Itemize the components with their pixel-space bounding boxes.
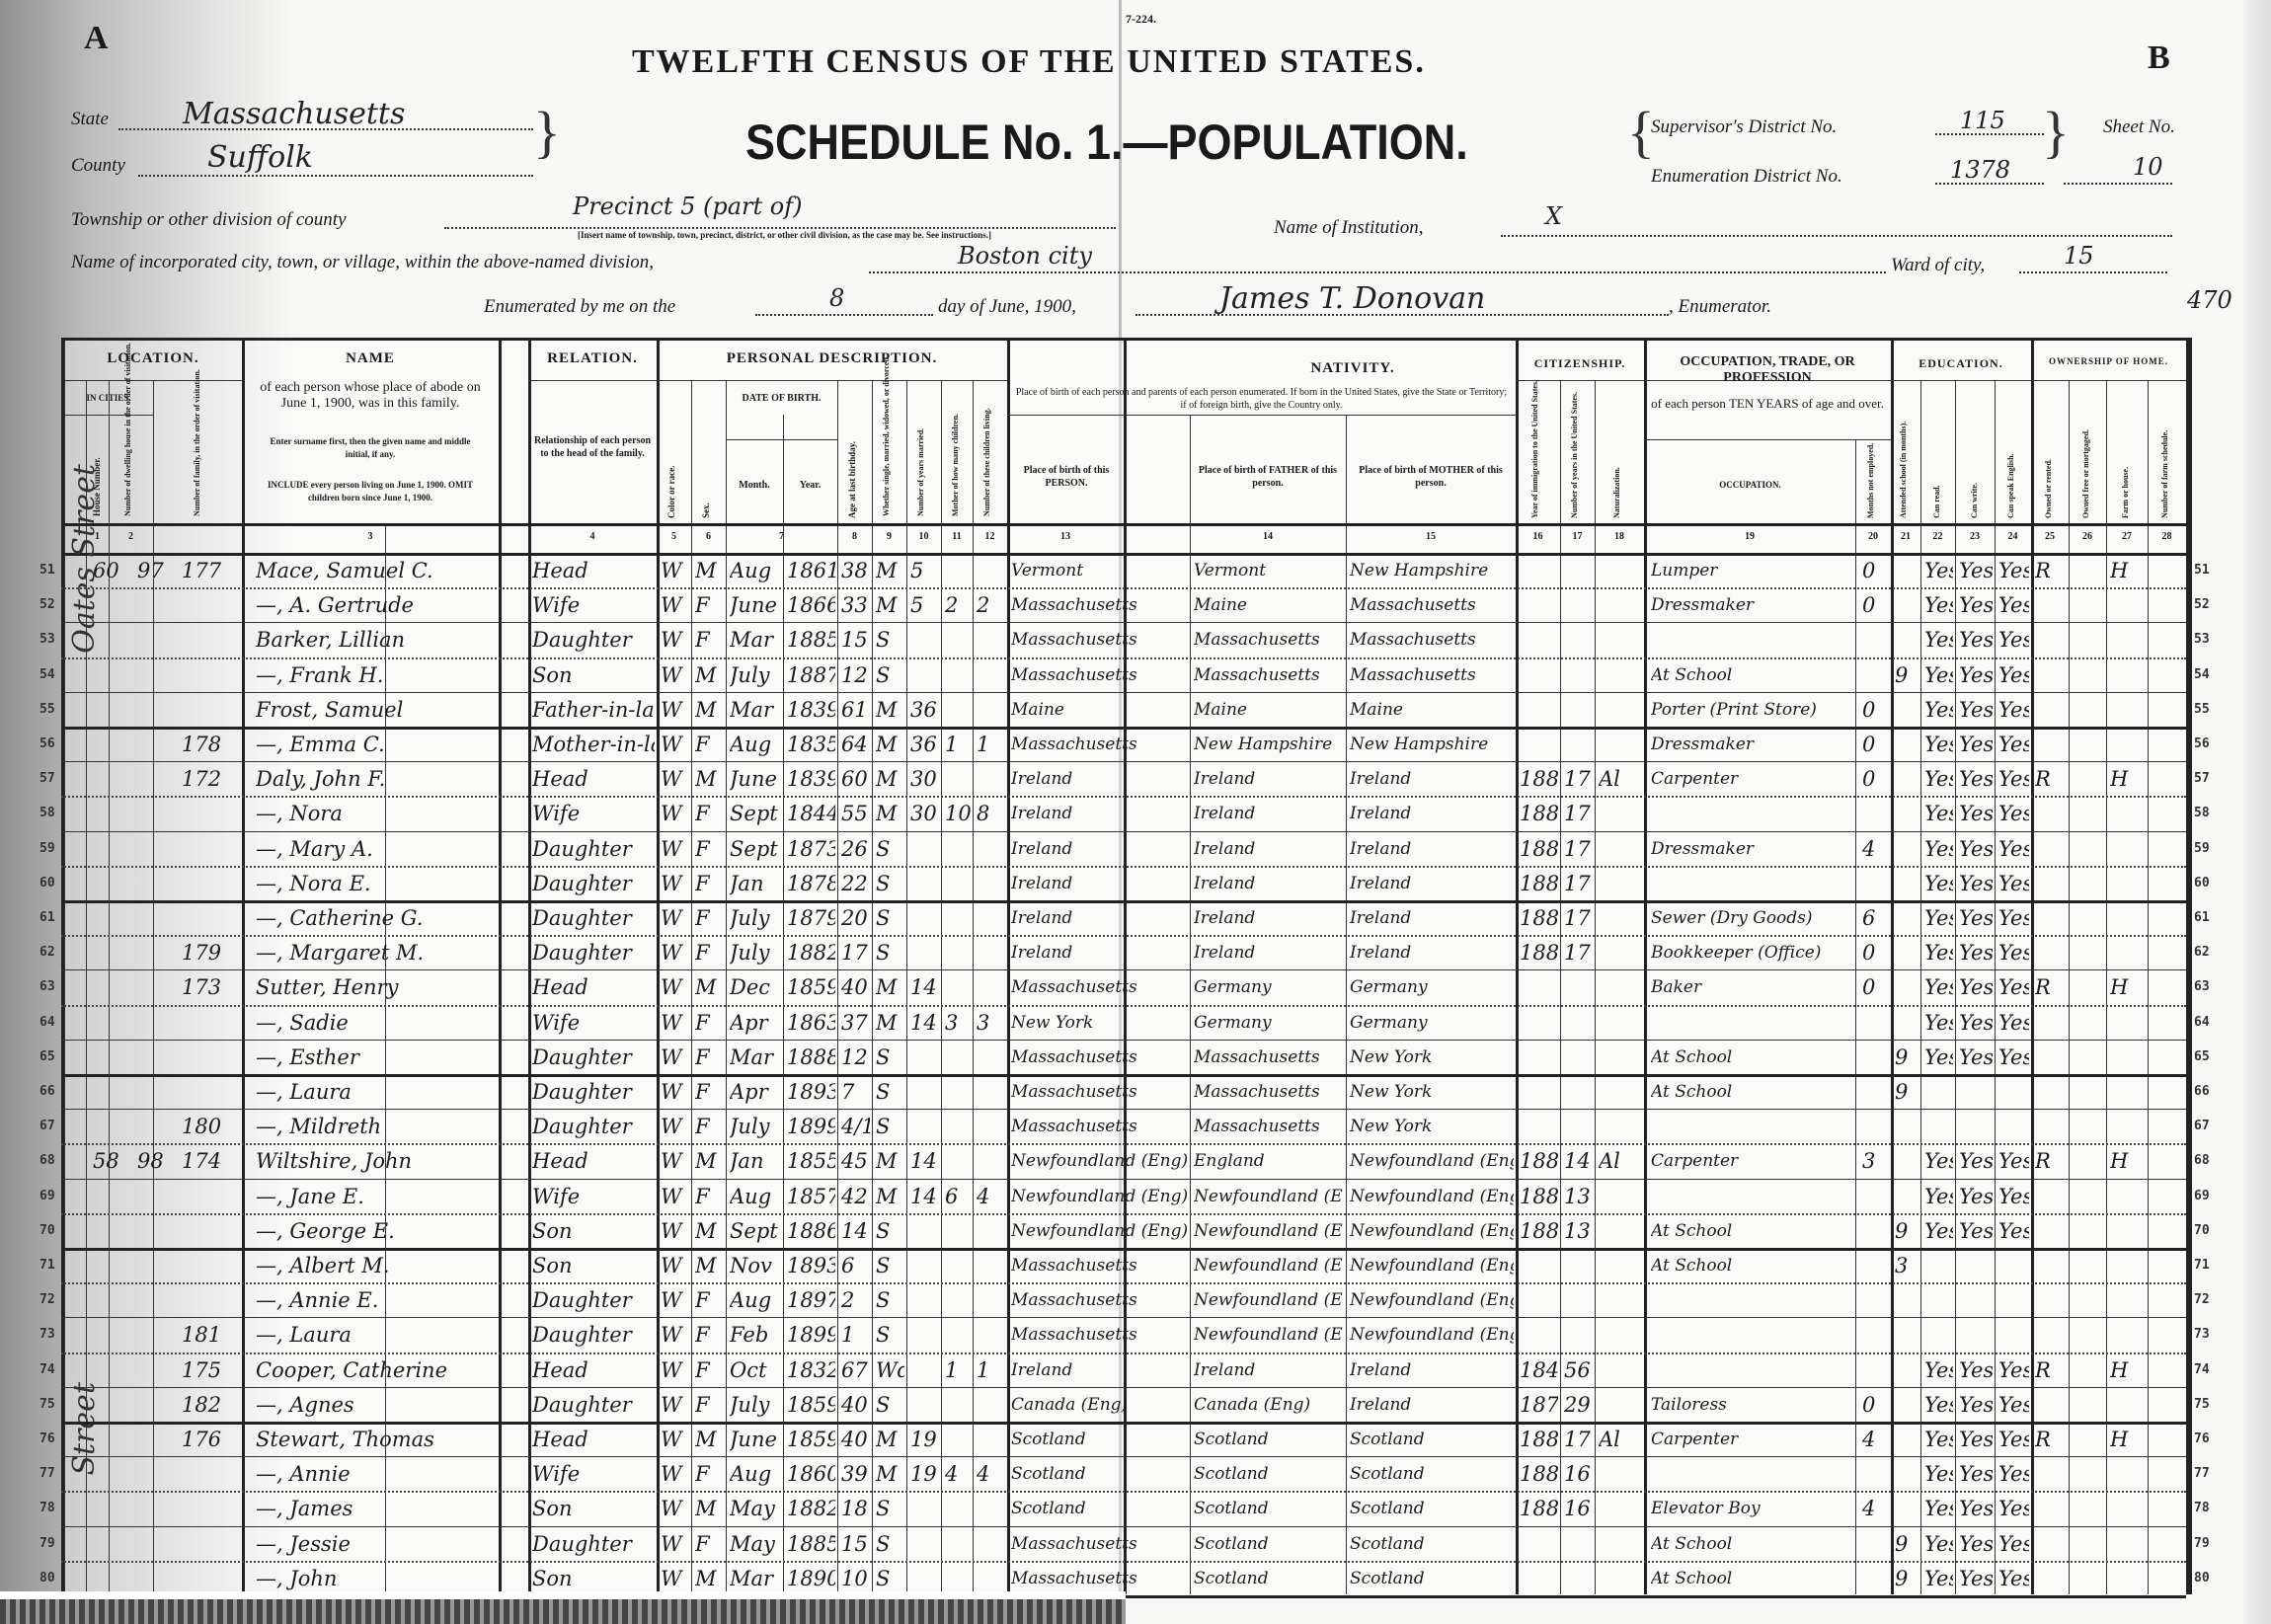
cell-birthplace: Massachusetts [1011, 1112, 1188, 1141]
line-number-left: 66 [39, 1084, 55, 1099]
cell-owned-rented [2035, 660, 2067, 690]
cell-naturalization [1599, 1390, 1642, 1420]
cell-naturalization [1599, 869, 1642, 898]
cell-birth-month: June [730, 590, 781, 620]
cell-family-number: 178 [182, 730, 237, 759]
cell-relation: Son [532, 1251, 655, 1280]
col-owned-rented: Owned or rented. [2044, 434, 2053, 518]
cell-mother-birthplace: Ireland [1350, 834, 1514, 864]
cell-birth-month: Aug [730, 1285, 781, 1315]
cell-mother-of: 1 [945, 730, 971, 759]
cell-farm-house [2110, 625, 2146, 655]
cell-house-number [93, 730, 131, 759]
cell-children-living [977, 903, 1005, 933]
cell-years-married: 14 [910, 1008, 939, 1038]
cell-owned-free [2073, 1564, 2104, 1593]
cell-years-married: 30 [910, 799, 939, 828]
col-year: Year. [783, 479, 837, 492]
cell-dwelling-number [137, 695, 176, 725]
cell-dwelling-number [137, 1043, 176, 1072]
cell-family-number [182, 1182, 237, 1211]
cell-immigration-year: 1883 [1520, 938, 1558, 967]
cell-farm-schedule [2152, 869, 2184, 898]
cell-house-number [93, 1008, 131, 1038]
cell-owned-free [2073, 1146, 2104, 1176]
cell-occupation [1651, 1459, 1852, 1489]
cell-owned-rented [2035, 1077, 2067, 1107]
cell-color: W [661, 730, 689, 759]
cell-mother-of [945, 1494, 971, 1523]
cell-person-name: Barker, Lillian [256, 625, 497, 655]
institution-label: Name of Institution, [1274, 217, 1423, 239]
cell-dwelling-number [137, 1425, 176, 1454]
cell-years-in-us [1564, 1008, 1593, 1038]
cell-relation: Daughter [532, 1285, 655, 1315]
cell-color: W [661, 1564, 689, 1593]
cell-mother-of: 10 [945, 799, 971, 828]
cell-person-name: —, Laura [256, 1320, 497, 1350]
cell-years-married: 14 [910, 1146, 939, 1176]
cell-dwelling-number [137, 660, 176, 690]
line-number-left: 60 [39, 876, 55, 890]
cell-school-months [1895, 799, 1919, 828]
cell-age: 7 [841, 1077, 870, 1107]
cell-children-living [977, 1564, 1005, 1593]
cell-years-in-us [1564, 660, 1593, 690]
cell-mother-of [945, 972, 971, 1002]
cell-can-speak-english: Yes [1998, 799, 2029, 828]
cell-can-speak-english: Yes [1998, 1425, 2029, 1454]
cell-birth-month: Sept [730, 799, 781, 828]
cell-months-unemployed: 4 [1862, 834, 1889, 864]
cell-father-birthplace: Germany [1194, 972, 1344, 1002]
cell-birth-month: May [730, 1529, 781, 1559]
cell-owned-rented: R [2035, 972, 2067, 1002]
cell-dwelling-number [137, 834, 176, 864]
cell-occupation: At School [1651, 1251, 1852, 1280]
cell-children-living [977, 625, 1005, 655]
cell-immigration-year [1520, 556, 1558, 585]
cell-school-months [1895, 1390, 1919, 1420]
line-number-right: 76 [2194, 1431, 2210, 1446]
col-can-speak-english: Can speak English. [2006, 420, 2015, 518]
line-number-left: 70 [39, 1223, 55, 1238]
cell-years-married [910, 1043, 939, 1072]
cell-birth-year: 1879 [787, 903, 835, 933]
cell-birth-month: June [730, 1425, 781, 1454]
cell-school-months [1895, 764, 1919, 794]
cell-family-number [182, 1494, 237, 1523]
cell-marital-status: S [876, 1390, 904, 1420]
cell-house-number: 60 [93, 556, 131, 585]
cell-occupation: At School [1651, 1216, 1852, 1246]
cell-years-married: 5 [910, 556, 939, 585]
cell-sex: M [695, 1494, 724, 1523]
table-row: 180—, MildrethDaughterWFJuly18994/12SMas… [61, 1112, 2186, 1141]
cell-color: W [661, 1008, 689, 1038]
line-number-right: 77 [2194, 1466, 2210, 1481]
line-number-right: 71 [2194, 1258, 2210, 1273]
cell-owned-free [2073, 625, 2104, 655]
township-value: Precinct 5 (part of) [573, 193, 803, 220]
cell-dwelling-number [137, 1459, 176, 1489]
cell-birth-month: Apr [730, 1077, 781, 1107]
cell-months-unemployed [1862, 1459, 1889, 1489]
cell-dwelling-number [137, 625, 176, 655]
cell-owned-free [2073, 972, 2104, 1002]
cell-occupation: At School [1651, 1564, 1852, 1593]
cell-age: 39 [841, 1459, 870, 1489]
cell-relation: Head [532, 764, 655, 794]
cell-owned-rented [2035, 1216, 2067, 1246]
cell-farm-schedule [2152, 1043, 2184, 1072]
col-ownership: OWNERSHIP OF HOME. [2031, 356, 2186, 366]
col-mother-of: Mother of how many children. [951, 388, 960, 516]
cell-dwelling-number [137, 869, 176, 898]
cell-marital-status: S [876, 1112, 904, 1141]
line-number-left: 67 [39, 1119, 55, 1133]
cell-birthplace: Massachusetts [1011, 1320, 1188, 1350]
cell-marital-status: M [876, 764, 904, 794]
cell-owned-rented [2035, 1459, 2067, 1489]
line-number-right: 63 [2194, 979, 2210, 994]
cell-relation: Wife [532, 1008, 655, 1038]
cell-can-read: Yes [1924, 1494, 1953, 1523]
table-row: —, SadieWifeWFApr186337M1433New YorkGerm… [61, 1008, 2186, 1038]
cell-years-married: 14 [910, 972, 939, 1002]
cell-father-birthplace: England [1194, 1146, 1344, 1176]
cell-farm-house [2110, 869, 2146, 898]
table-row: —, Frank H.SonWMJuly188712SMassachusetts… [61, 660, 2186, 690]
table-row: —, AnnieWifeWFAug186039M1944ScotlandScot… [61, 1459, 2186, 1489]
line-number-right: 56 [2194, 736, 2210, 751]
cell-family-number [182, 1216, 237, 1246]
cell-years-in-us: 17 [1564, 1425, 1593, 1454]
cell-dwelling-number [137, 1529, 176, 1559]
cell-family-number [182, 1008, 237, 1038]
cell-can-speak-english: Yes [1998, 1459, 2029, 1489]
col-farm-house: Farm or house. [2121, 434, 2130, 518]
line-number-right: 51 [2194, 563, 2210, 578]
cell-mother-of [945, 625, 971, 655]
cell-birth-month: Aug [730, 1182, 781, 1211]
cell-family-number: 180 [182, 1112, 237, 1141]
cell-father-birthplace: Ireland [1194, 799, 1344, 828]
cell-owned-free [2073, 1251, 2104, 1280]
cell-mother-of [945, 1390, 971, 1420]
cell-years-in-us [1564, 695, 1593, 725]
cell-months-unemployed [1862, 1077, 1889, 1107]
cell-school-months [1895, 625, 1919, 655]
cell-school-months [1895, 1355, 1919, 1385]
line-number-right: 54 [2194, 667, 2210, 682]
cell-marital-status: M [876, 695, 904, 725]
cell-marital-status: S [876, 1043, 904, 1072]
census-title: TWELFTH CENSUS OF THE UNITED STATES. [632, 43, 1426, 81]
cell-marital-status: S [876, 1285, 904, 1315]
cell-house-number [93, 1320, 131, 1350]
cell-dwelling-number [137, 1390, 176, 1420]
line-number-right: 80 [2194, 1571, 2210, 1585]
cell-owned-free [2073, 1077, 2104, 1107]
line-number-right: 65 [2194, 1049, 2210, 1064]
cell-naturalization [1599, 695, 1642, 725]
cell-age: 12 [841, 660, 870, 690]
cell-relation: Daughter [532, 1529, 655, 1559]
cell-farm-schedule [2152, 1216, 2184, 1246]
cell-age: 61 [841, 695, 870, 725]
cell-mother-birthplace: Ireland [1350, 869, 1514, 898]
cell-farm-schedule [2152, 1390, 2184, 1420]
cell-family-number: 179 [182, 938, 237, 967]
cell-children-living [977, 695, 1005, 725]
cell-relation: Father-in-law [532, 695, 655, 725]
cell-birth-month: July [730, 1112, 781, 1141]
cell-house-number [93, 1529, 131, 1559]
cell-birthplace: Ireland [1011, 1355, 1188, 1385]
cell-birthplace: Massachusetts [1011, 590, 1188, 620]
cell-months-unemployed [1862, 869, 1889, 898]
cell-occupation: Lumper [1651, 556, 1852, 585]
cell-months-unemployed: 4 [1862, 1425, 1889, 1454]
cell-can-speak-english: Yes [1998, 1494, 2029, 1523]
cell-naturalization [1599, 556, 1642, 585]
cell-immigration-year [1520, 660, 1558, 690]
cell-immigration-year: 1883 [1520, 799, 1558, 828]
cell-mother-birthplace: New York [1350, 1112, 1514, 1141]
cell-age: 38 [841, 556, 870, 585]
cell-mother-birthplace: Ireland [1350, 764, 1514, 794]
cell-birth-month: Dec [730, 972, 781, 1002]
col-naturalization: Naturalization. [1612, 434, 1621, 518]
cell-immigration-year [1520, 972, 1558, 1002]
cell-mother-birthplace: Ireland [1350, 903, 1514, 933]
cell-months-unemployed [1862, 625, 1889, 655]
cell-can-write: Yes [1959, 834, 1993, 864]
cell-years-married [910, 1285, 939, 1315]
cell-mother-of [945, 1285, 971, 1315]
cell-marital-status: M [876, 556, 904, 585]
col-education: EDUCATION. [1891, 356, 2031, 371]
corner-letter-a: A [84, 20, 109, 57]
cell-father-birthplace: Massachusetts [1194, 660, 1344, 690]
township-instruction: [Insert name of township, town, precinct… [578, 230, 1131, 240]
cell-years-in-us: 14 [1564, 1146, 1593, 1176]
line-number-left: 59 [39, 841, 55, 856]
cell-years-in-us [1564, 1251, 1593, 1280]
cell-house-number [93, 625, 131, 655]
cell-immigration-year: 1883 [1520, 764, 1558, 794]
cell-birth-year: 1835 [787, 730, 835, 759]
line-number-left: 68 [39, 1153, 55, 1168]
line-number-left: 53 [39, 632, 55, 647]
cell-house-number [93, 1112, 131, 1141]
line-number-left: 75 [39, 1397, 55, 1412]
cell-father-birthplace: Massachusetts [1194, 1112, 1344, 1141]
cell-owned-rented: R [2035, 1146, 2067, 1176]
cell-house-number [93, 938, 131, 967]
cell-can-read: Yes [1924, 972, 1953, 1002]
cell-sex: M [695, 1425, 724, 1454]
cell-mother-of [945, 1251, 971, 1280]
cell-family-number [182, 1251, 237, 1280]
cell-immigration-year: 1883 [1520, 1425, 1558, 1454]
cell-birth-year: 1888 [787, 1043, 835, 1072]
cell-birthplace: Ireland [1011, 938, 1188, 967]
cell-years-married [910, 1216, 939, 1246]
cell-farm-house [2110, 1112, 2146, 1141]
cell-can-speak-english: Yes [1998, 556, 2029, 585]
cell-can-speak-english: Yes [1998, 972, 2029, 1002]
cell-father-birthplace: Scotland [1194, 1459, 1344, 1489]
cell-marital-status: M [876, 1425, 904, 1454]
cell-age: 18 [841, 1494, 870, 1523]
cell-birth-month: Mar [730, 1564, 781, 1593]
cell-father-birthplace: Ireland [1194, 764, 1344, 794]
cell-years-married [910, 1251, 939, 1280]
cell-sex: M [695, 660, 724, 690]
cell-age: 60 [841, 764, 870, 794]
cell-color: W [661, 764, 689, 794]
cell-birth-year: 1893 [787, 1251, 835, 1280]
cell-birthplace: Scotland [1011, 1494, 1188, 1523]
cell-birth-month: Sept [730, 834, 781, 864]
cell-owned-rented [2035, 1251, 2067, 1280]
cell-color: W [661, 660, 689, 690]
cell-age: 55 [841, 799, 870, 828]
cell-school-months: 9 [1895, 660, 1919, 690]
cell-color: W [661, 556, 689, 585]
cell-school-months [1895, 1459, 1919, 1489]
cell-age: 42 [841, 1182, 870, 1211]
cell-can-read: Yes [1924, 625, 1953, 655]
township-label: Township or other division of county [71, 209, 347, 231]
cell-months-unemployed [1862, 660, 1889, 690]
cell-color: W [661, 799, 689, 828]
enumerator-label: , Enumerator. [1669, 296, 1771, 318]
line-number-left: 62 [39, 945, 55, 960]
cell-relation: Head [532, 1146, 655, 1176]
cell-house-number [93, 1425, 131, 1454]
cell-birthplace: Massachusetts [1011, 1251, 1188, 1280]
cell-father-birthplace: Newfoundland (Eng) [1194, 1182, 1344, 1211]
cell-birthplace: Ireland [1011, 903, 1188, 933]
cell-birthplace: Massachusetts [1011, 1043, 1188, 1072]
cell-can-write: Yes [1959, 1390, 1993, 1420]
cell-occupation [1651, 1008, 1852, 1038]
cell-person-name: —, Annie [256, 1459, 497, 1489]
cell-person-name: Cooper, Catherine [256, 1355, 497, 1385]
cell-mother-of: 3 [945, 1008, 971, 1038]
cell-can-speak-english: Yes [1998, 625, 2029, 655]
cell-farm-schedule [2152, 730, 2184, 759]
col-months-unemployed: Months not employed. [1866, 449, 1875, 518]
cell-farm-schedule [2152, 834, 2184, 864]
cell-can-read: Yes [1924, 869, 1953, 898]
cell-school-months: 9 [1895, 1043, 1919, 1072]
cell-years-in-us: 29 [1564, 1390, 1593, 1420]
cell-school-months [1895, 1320, 1919, 1350]
page-annotation: 470 [2187, 286, 2232, 314]
cell-children-living [977, 1112, 1005, 1141]
cell-birth-year: 1855 [787, 1146, 835, 1176]
cell-relation: Daughter [532, 869, 655, 898]
cell-can-write: Yes [1959, 1355, 1993, 1385]
cell-can-write: Yes [1959, 660, 1993, 690]
cell-can-write: Yes [1959, 1425, 1993, 1454]
cell-can-speak-english: Yes [1998, 590, 2029, 620]
cell-immigration-year [1520, 1043, 1558, 1072]
cell-person-name: —, Mary A. [256, 834, 497, 864]
cell-color: W [661, 1077, 689, 1107]
cell-school-months: 9 [1895, 1077, 1919, 1107]
cell-color: W [661, 1043, 689, 1072]
cell-owned-rented [2035, 799, 2067, 828]
cell-can-speak-english: Yes [1998, 1182, 2029, 1211]
cell-naturalization [1599, 1529, 1642, 1559]
cell-birth-month: Jan [730, 869, 781, 898]
cell-dwelling-number [137, 1285, 176, 1315]
cell-years-in-us [1564, 590, 1593, 620]
cell-person-name: Stewart, Thomas [256, 1425, 497, 1454]
cell-family-number: 175 [182, 1355, 237, 1385]
cell-years-in-us [1564, 556, 1593, 585]
cell-birthplace: Maine [1011, 695, 1188, 725]
cell-can-speak-english: Yes [1998, 1355, 2029, 1385]
cell-school-months [1895, 730, 1919, 759]
col-name-instr2: INCLUDE every person living on June 1, 1… [257, 479, 484, 504]
cell-can-write: Yes [1959, 799, 1993, 828]
cell-can-read: Yes [1924, 1564, 1953, 1593]
cell-age: 14 [841, 1216, 870, 1246]
cell-naturalization [1599, 1320, 1642, 1350]
cell-children-living [977, 938, 1005, 967]
cell-family-number [182, 625, 237, 655]
cell-birthplace: Massachusetts [1011, 730, 1188, 759]
cell-farm-house [2110, 903, 2146, 933]
cell-naturalization [1599, 1494, 1642, 1523]
cell-father-birthplace: Massachusetts [1194, 625, 1344, 655]
cell-color: W [661, 1251, 689, 1280]
cell-person-name: —, Agnes [256, 1390, 497, 1420]
cell-house-number [93, 903, 131, 933]
cell-owned-free [2073, 1216, 2104, 1246]
cell-school-months [1895, 834, 1919, 864]
cell-mother-birthplace: Ireland [1350, 938, 1514, 967]
cell-months-unemployed [1862, 1251, 1889, 1280]
cell-birth-month: Mar [730, 695, 781, 725]
cell-house-number [93, 1182, 131, 1211]
cell-relation: Head [532, 1425, 655, 1454]
cell-can-write: Yes [1959, 556, 1993, 585]
cell-marital-status: S [876, 1529, 904, 1559]
cell-farm-house [2110, 1320, 2146, 1350]
cell-birthplace: Ireland [1011, 834, 1188, 864]
cell-can-write: Yes [1959, 730, 1993, 759]
cell-sex: F [695, 1182, 724, 1211]
cell-years-in-us: 16 [1564, 1459, 1593, 1489]
cell-family-number [182, 834, 237, 864]
cell-person-name: —, Sadie [256, 1008, 497, 1038]
cell-color: W [661, 1216, 689, 1246]
cell-occupation [1651, 1285, 1852, 1315]
cell-owned-free [2073, 590, 2104, 620]
cell-can-write: Yes [1959, 1182, 1993, 1211]
cell-can-read: Yes [1924, 799, 1953, 828]
cell-mother-of: 1 [945, 1355, 971, 1385]
county-value: Suffolk [207, 140, 313, 175]
table-row: Barker, LillianDaughterWFMar188515SMassa… [61, 625, 2186, 655]
